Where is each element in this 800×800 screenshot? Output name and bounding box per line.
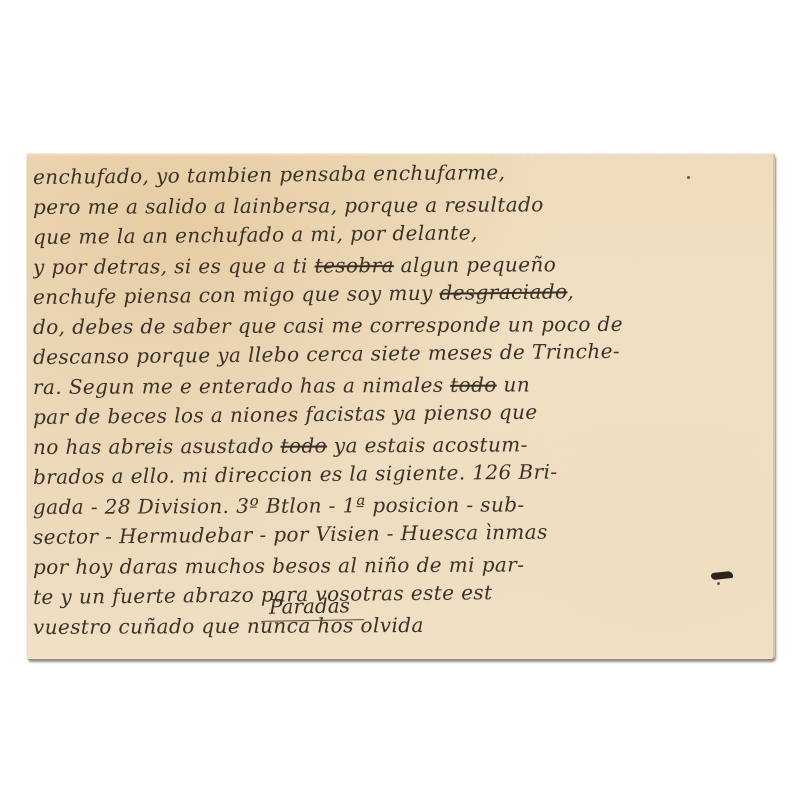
struck-word: todo bbox=[450, 373, 497, 397]
text-line: te y un fuerte abrazo para vosotras este… bbox=[33, 574, 773, 612]
text-line: descanso porque ya llebo cerca siete mes… bbox=[33, 334, 773, 372]
text-line: enchufe piensa con migo que soy muy desg… bbox=[33, 274, 773, 312]
text-line: enchufado, yo tambien pensaba enchufarme… bbox=[33, 154, 773, 192]
stage: enchufado, yo tambien pensaba enchufarme… bbox=[0, 0, 800, 800]
ink-speck-icon bbox=[687, 176, 690, 179]
struck-word: desgraciado bbox=[439, 279, 567, 304]
signature: Paradas bbox=[261, 593, 364, 622]
text-line: sector - Hermudebar - por Visien - Huesc… bbox=[33, 514, 773, 552]
text-line: par de beces los a niones facistas ya pi… bbox=[33, 394, 773, 432]
struck-word: tesobra bbox=[315, 253, 394, 277]
ink-speck-icon bbox=[717, 582, 720, 585]
struck-word: todo bbox=[280, 433, 327, 457]
text-line: que me la an enchufado a mi, por delante… bbox=[33, 214, 773, 252]
postcard: enchufado, yo tambien pensaba enchufarme… bbox=[27, 154, 775, 659]
text-line: brados a ello. mi direccion es la sigien… bbox=[33, 454, 773, 492]
text-line: vuestro cuñado que nunca hos olvida bbox=[33, 608, 773, 642]
handwritten-text: enchufado, yo tambien pensaba enchufarme… bbox=[33, 162, 773, 642]
